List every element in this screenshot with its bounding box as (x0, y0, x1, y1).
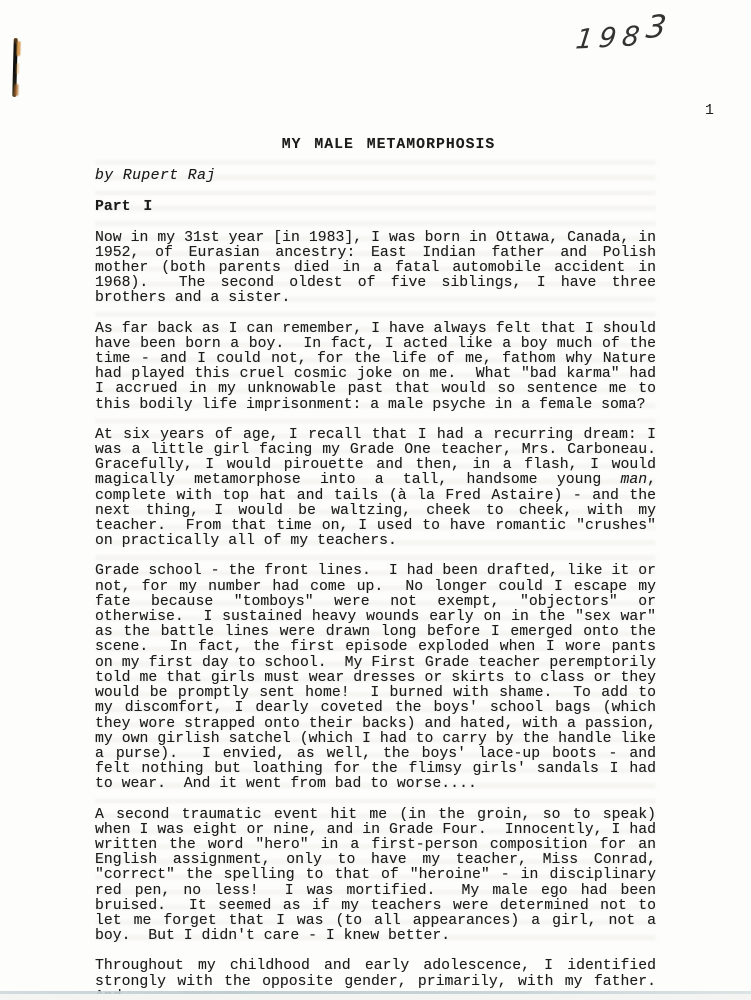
year-digit: 3 (644, 8, 674, 46)
section-heading: Part I (95, 200, 656, 215)
page-number: 1 (705, 104, 714, 119)
staple-binding-mark (11, 38, 21, 97)
paragraph: Now in my 31st year [in 1983], I was bor… (95, 231, 656, 307)
paragraph: At six years of age, I recall that I had… (95, 428, 656, 550)
paragraph: Grade school - the front lines. I had be… (95, 564, 656, 792)
scanner-background (0, 994, 751, 1000)
handwritten-year-note: 1983 (574, 15, 674, 56)
rust-stain (16, 63, 19, 74)
typed-content: MY MALE METAMORPHOSIS by Rupert Raj Part… (95, 138, 656, 1000)
year-digit: 8 (620, 21, 647, 53)
byline: by Rupert Raj (95, 169, 656, 184)
document-title: MY MALE METAMORPHOSIS (108, 138, 669, 153)
page: 1983 1 MY MALE METAMORPHOSIS by Rupert R… (0, 0, 751, 1000)
scanned-document-page: { "annotations": { "year_note": "1983" }… (0, 0, 751, 1000)
rust-stain (16, 41, 20, 56)
document-body: Now in my 31st year [in 1983], I was bor… (95, 231, 656, 1000)
rust-stain (14, 84, 19, 96)
paragraph: A second traumatic event hit me (in the … (95, 808, 656, 945)
paragraph: As far back as I can remember, I have al… (95, 322, 656, 413)
